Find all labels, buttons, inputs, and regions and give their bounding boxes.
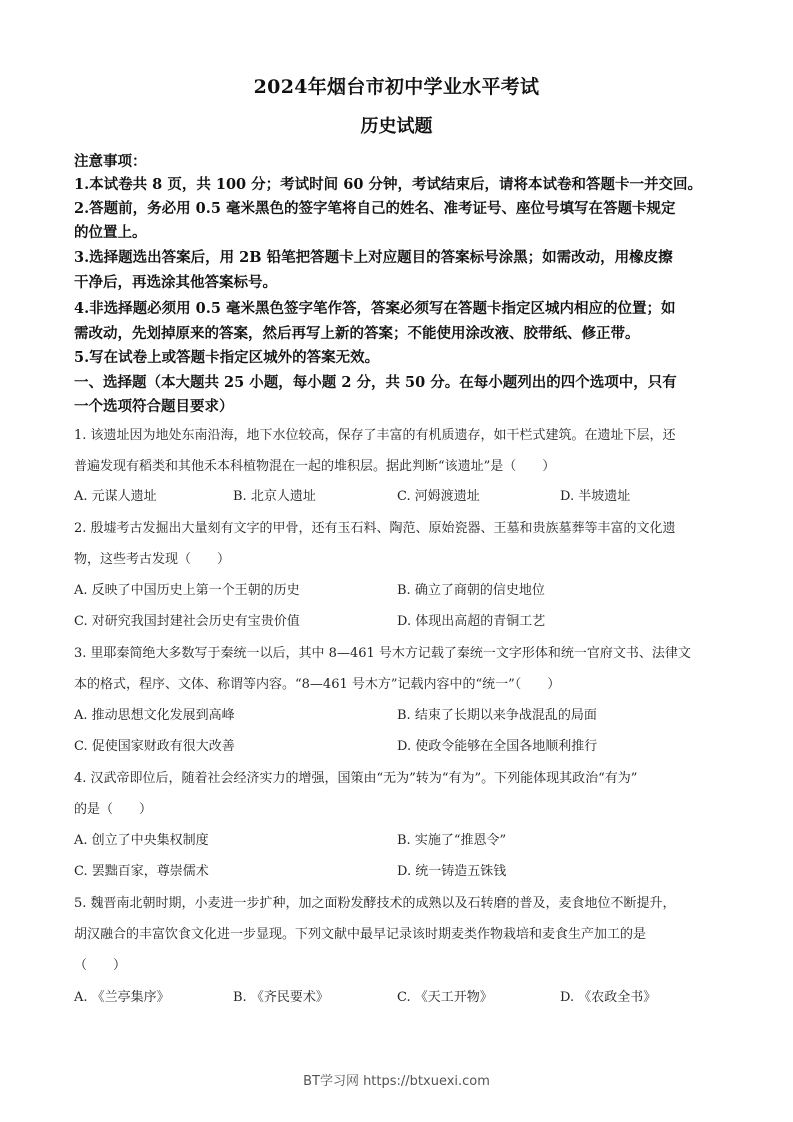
question-stem: 的是（ ）: [74, 798, 152, 817]
exam-title: 2024年烟台市初中学业水平考试: [0, 72, 793, 99]
notice-line: 3.选择题选出答案后，用 2B 铅笔把答题卡上对应题目的答案标号涂黑；如需改动，…: [74, 246, 673, 267]
option-b: B. 结束了长期以来争战混乱的局面: [397, 704, 597, 723]
footer-watermark: BT学习网 https://btxuexi.com: [0, 1070, 793, 1089]
question-stem: 5. 魏晋南北朝时期，小麦进一步扩种，加之面粉发酵技术的成熟以及石转磨的普及，麦…: [74, 892, 676, 911]
option-c: C. 《天工开物》: [397, 986, 493, 1005]
notice-line: 4.非选择题必须用 0.5 毫米黑色签字笔作答，答案必须写在答题卡指定区城内相应…: [74, 297, 675, 318]
question-stem: 普遍发现有稻类和其他禾本科植物混在一起的堆积层。据此判断“该遗址”是（ ）: [74, 455, 555, 474]
notice-line: 干净后，再选涂其他答案标号。: [74, 271, 277, 292]
option-c: C. 罢黜百家，尊崇儒术: [74, 860, 209, 879]
option-a: A. 创立了中央集权制度: [74, 829, 209, 848]
section-heading: 一个选项符合题目要求）: [74, 395, 234, 416]
notice-line: 5.写在试卷上或答题卡指定区城外的答案无效。: [74, 346, 379, 367]
option-b: B. 北京人遗址: [233, 485, 316, 504]
option-c: C. 对研究我国封建社会历史有宝贵价值: [74, 610, 300, 629]
question-stem: 4. 汉武帝即位后，随着社会经济实力的增强，国策由“无为”转为“有为”。下列能体…: [74, 767, 637, 786]
exam-subtitle: 历史试题: [0, 112, 793, 138]
section-heading: 一、选择题（本大题共 25 小题，每小题 2 分，共 50 分。在每小题列出的四…: [74, 371, 677, 392]
option-a: A. 《兰亭集序》: [74, 986, 170, 1005]
option-a: A. 反映了中国历史上第一个王朝的历史: [74, 579, 300, 598]
question-stem: 1. 该遗址因为地处东南沿海，地下水位较高，保存了丰富的有机质遗存，如干栏式建筑…: [74, 424, 676, 443]
option-d: D. 统一铸造五铢钱: [397, 860, 506, 879]
notice-line: 的位置上。: [74, 221, 147, 242]
question-stem: 3. 里耶秦简绝大多数写于秦统一以后，其中 8—461 号木方记载了秦统一文字形…: [74, 642, 691, 661]
option-c: C. 促使国家财政有很大改善: [74, 735, 235, 754]
option-b: B. 确立了商朝的信史地位: [397, 579, 545, 598]
question-stem: 胡汉融合的丰富饮食文化进一步显现。下列文献中最早记录该时期麦类作物栽培和麦食生产…: [74, 923, 646, 942]
option-d: D. 《农政全书》: [560, 986, 656, 1005]
question-stem: 2. 殷墟考古发掘出大量刻有文字的甲骨，还有玉石料、陶范、原始瓷器、王墓和贵族墓…: [74, 517, 676, 536]
notice-line: 2.答题前，务必用 0.5 毫米黑色的签字笔将自己的姓名、准考证号、座位号填写在…: [74, 197, 675, 218]
notice-line: 1.本试卷共 8 页，共 100 分；考试时间 60 分钟，考试结束后，请将本试…: [74, 173, 702, 194]
notice-line: 需改动，先划掉原来的答案，然后再写上新的答案；不能使用涂改液、胶带纸、修正带。: [74, 322, 640, 343]
question-stem: 物，这些考古发现（ ）: [74, 548, 230, 567]
option-c: C. 河姆渡遗址: [397, 485, 480, 504]
question-stem: 本的格式，程序、文体、称谓等内容。“8—461 号木方”记载内容中的“统一”（ …: [74, 673, 560, 692]
option-d: D. 体现出高超的青铜工艺: [397, 610, 545, 629]
option-d: D. 半坡遗址: [560, 485, 630, 504]
option-d: D. 使政令能够在全国各地顺利推行: [397, 735, 597, 754]
exam-page: 2024年烟台市初中学业水平考试 历史试题 注意事项： 1.本试卷共 8 页，共…: [0, 0, 793, 1122]
option-a: A. 元谋人遗址: [74, 485, 157, 504]
option-b: B. 《齐民要术》: [233, 986, 329, 1005]
notice-heading: 注意事项：: [74, 150, 147, 171]
option-b: B. 实施了“推恩令”: [397, 829, 506, 848]
option-a: A. 推动思想文化发展到高峰: [74, 704, 235, 723]
question-stem: （ ）: [74, 954, 126, 973]
